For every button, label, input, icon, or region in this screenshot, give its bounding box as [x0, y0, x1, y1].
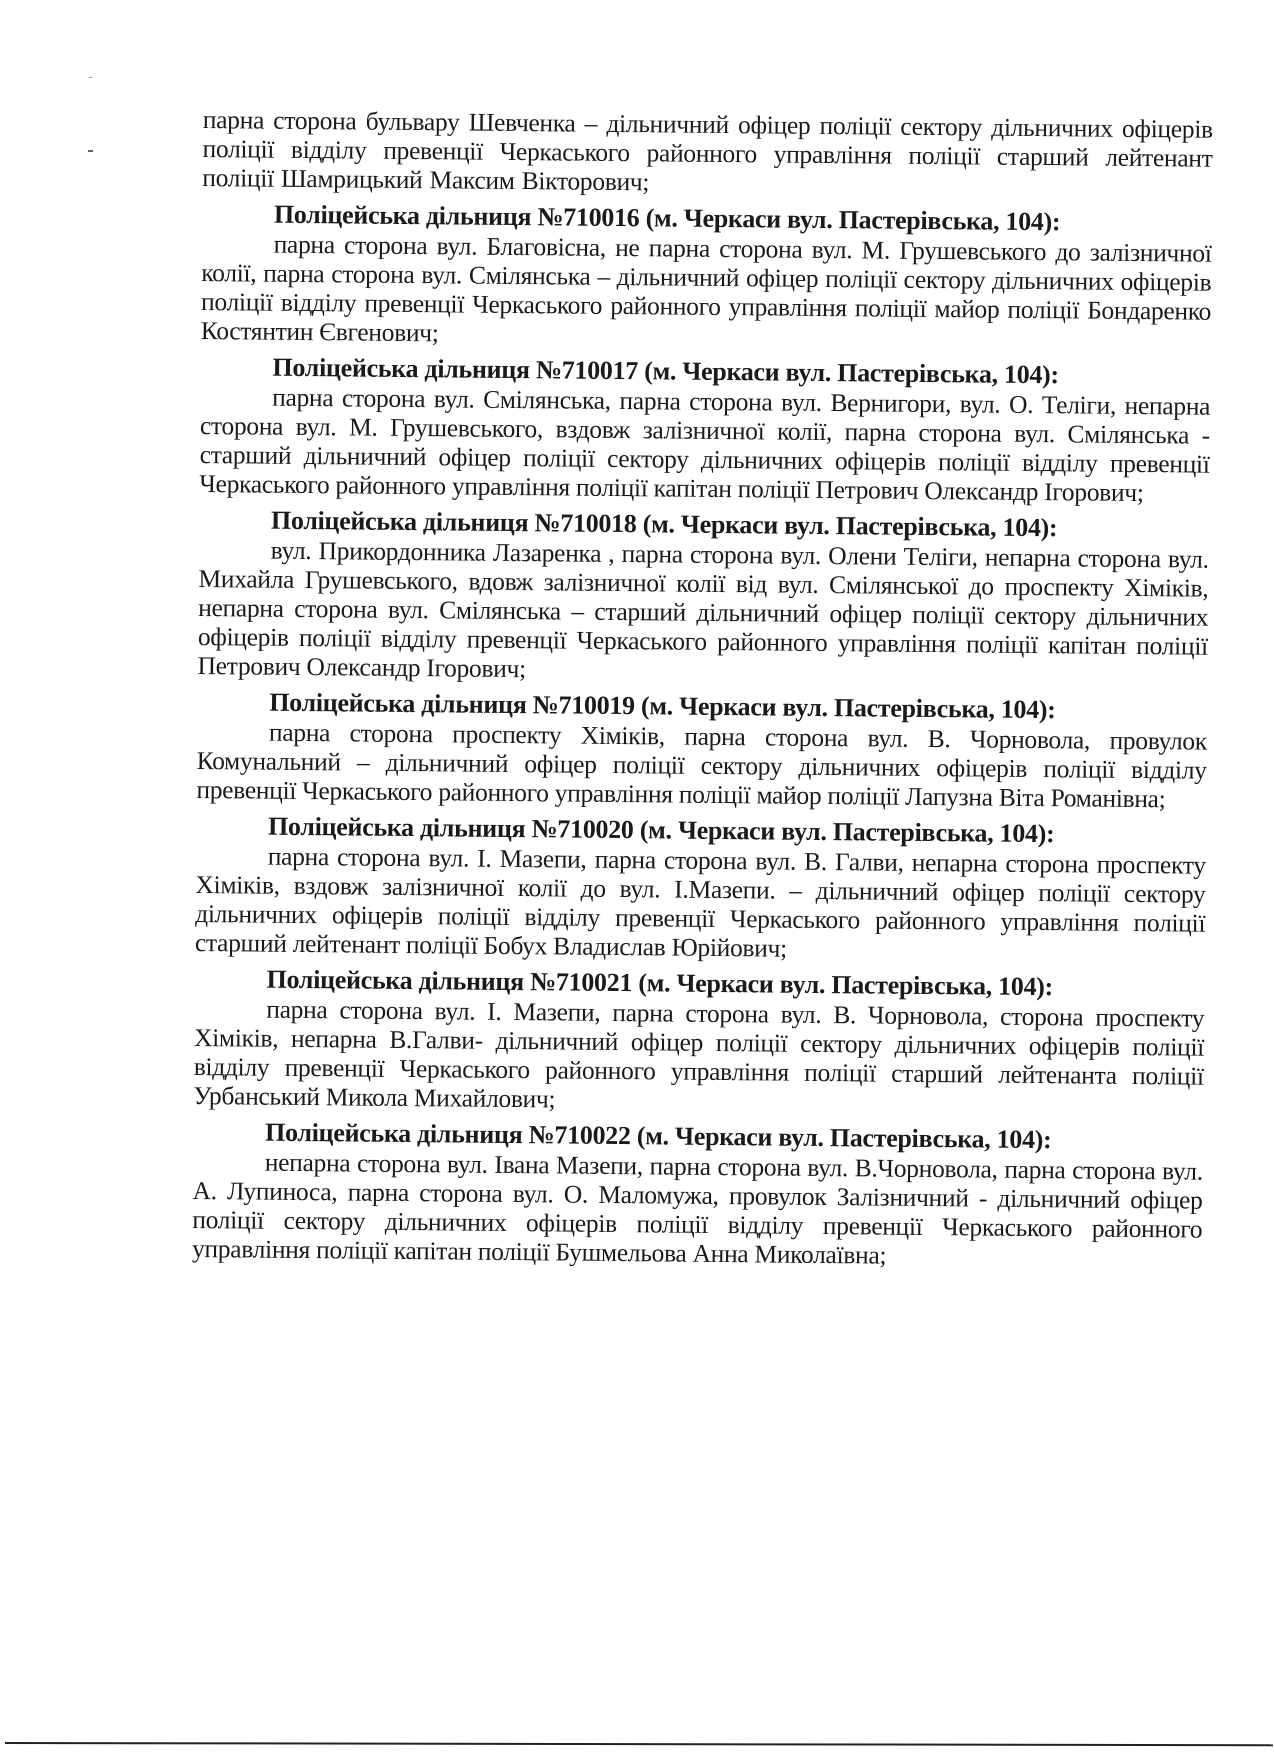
section-body: вул. Прикордонника Лазаренка , парна сто… [197, 535, 1208, 690]
scan-artifact-mark [88, 150, 93, 152]
section-body: парна сторона проспекту Хіміків, парна с… [196, 717, 1207, 814]
police-precinct-section-710019: Поліцейська дільниця №710019 (м. Черкаси… [196, 686, 1207, 814]
scan-artifact-mark [89, 77, 92, 78]
police-precinct-section-710016: Поліцейська дільниця №710016 (м. Черкаси… [201, 198, 1212, 355]
footer-divider-line [5, 1742, 1273, 1746]
police-precinct-section-710021: Поліцейська дільниця №710021 (м. Черкаси… [193, 963, 1204, 1120]
police-precinct-section-710020: Поліцейська дільниця №710020 (м. Черкаси… [195, 810, 1206, 967]
section-body: парна сторона вул. І. Мазепи, парна стор… [193, 994, 1204, 1120]
section-body: непарна сторона вул. Івана Мазепи, парна… [192, 1147, 1203, 1273]
document-page: парна сторона бульвару Шевченка – дільни… [192, 105, 1213, 1273]
section-body: парна сторона вул. Смілянська, парна сто… [199, 382, 1210, 508]
police-precinct-section-710022: Поліцейська дільниця №710022 (м. Черкаси… [192, 1116, 1203, 1273]
section-body: парна сторона вул. І. Мазепи, парна стор… [195, 841, 1206, 967]
intro-paragraph: парна сторона бульвару Шевченка – дільни… [202, 105, 1213, 202]
police-precinct-section-710017: Поліцейська дільниця №710017 (м. Черкаси… [199, 351, 1210, 508]
police-precinct-section-710018: Поліцейська дільниця №710018 (м. Черкаси… [197, 504, 1209, 690]
section-body: парна сторона вул. Благовісна, не парна … [201, 229, 1212, 355]
